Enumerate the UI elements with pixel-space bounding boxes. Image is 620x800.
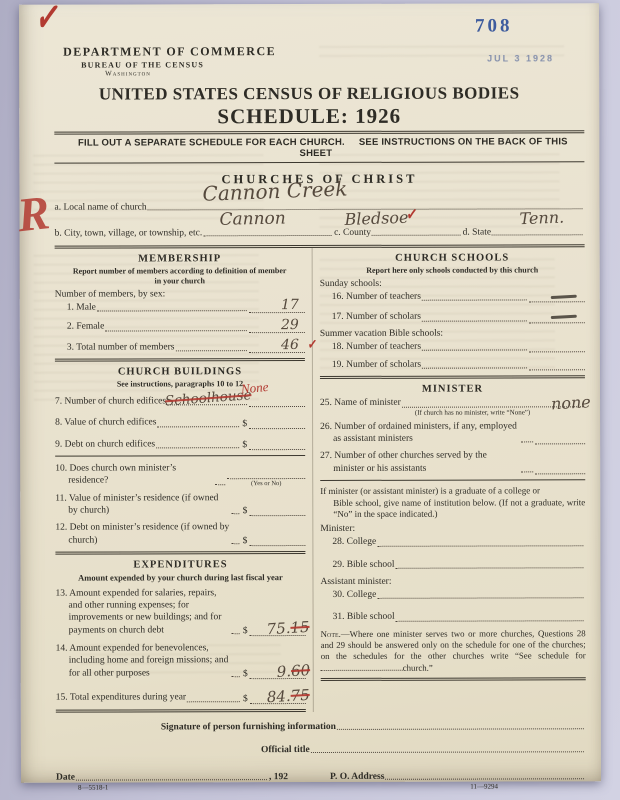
- handwritten-amount-14: 9.60: [276, 661, 310, 681]
- field-c-label: c. County: [334, 228, 371, 238]
- denomination-heading: CHURCHES OF CHRIST: [54, 171, 584, 187]
- q13-answer: 75.15: [250, 625, 306, 636]
- official-title-line: [311, 751, 584, 753]
- minister-heading: MINISTER: [320, 384, 585, 396]
- q27-answer: [535, 463, 585, 474]
- q18-answer: [529, 341, 585, 352]
- q26-label: 26. Number of ordained ministers, if any…: [320, 420, 520, 445]
- agency-bureau: BUREAU OF THE CENSUS: [81, 60, 276, 70]
- dotted-line: [231, 543, 239, 544]
- membership-intro: Number of members, by sex:: [55, 289, 305, 300]
- q15-answer: 84.75: [250, 693, 306, 704]
- church-buildings-heading: CHURCH BUILDINGS: [55, 366, 305, 378]
- question-25-minister-name: 25. Name of minister none: [320, 397, 585, 410]
- question-19-scholars: 19. Number of scholars: [320, 358, 585, 371]
- dotted-line: [203, 235, 332, 236]
- official-title-label: Official title: [261, 745, 310, 755]
- agency-block: DEPARTMENT OF COMMERCE BUREAU OF THE CEN…: [63, 44, 276, 78]
- pencil-dash-mark: [551, 294, 577, 298]
- question-9-debt: 9. Debt on church edifices $: [55, 438, 305, 451]
- q12-answer: [249, 535, 305, 546]
- question-27-other-churches: 27. Number of other churches served by t…: [320, 450, 585, 475]
- question-28-college: 28. College: [320, 535, 585, 548]
- question-10-residence: 10. Does church own minister’s residence…: [55, 462, 305, 487]
- q25-label: 25. Name of minister: [320, 397, 401, 410]
- dotted-line: [157, 426, 239, 427]
- pencil-dash-mark: [551, 315, 577, 319]
- dotted-line: [175, 350, 246, 351]
- q14-label: 14. Amount expended for benevolences, in…: [56, 642, 231, 679]
- dotted-line: [156, 447, 239, 448]
- dotted-line: [422, 368, 527, 369]
- form-code-left: 8—5518-1: [78, 783, 108, 791]
- yes-or-no-note: (Yes or No): [251, 480, 281, 487]
- question-8-value: 8. Value of church edifices $: [55, 416, 305, 429]
- left-column: MEMBERSHIP Report number of members acco…: [55, 248, 306, 712]
- divider-rule: [54, 161, 584, 163]
- dotted-line: [402, 406, 583, 407]
- dotted-line: [422, 320, 527, 321]
- scan-backdrop: { "colors": { "paper": "#eae3d1", "backd…: [0, 0, 620, 800]
- instruction-banner: FILL OUT A SEPARATE SCHEDULE FOR EACH CH…: [54, 133, 584, 162]
- received-date-stamp: JUL 3 1928: [487, 53, 554, 63]
- divider-rule: [321, 677, 586, 681]
- dotted-line: [395, 567, 583, 568]
- q1-answer: 17: [249, 302, 305, 313]
- question-11-residence-value: 11. Value of minister’s residence (if ow…: [55, 492, 305, 517]
- red-correction-none: None: [240, 379, 269, 397]
- q10-answer: [227, 468, 305, 479]
- q3-answer: 46 ✓: [249, 342, 305, 353]
- divider-rule: [56, 709, 306, 713]
- dotted-line: [422, 349, 527, 350]
- divider-rule: [55, 455, 305, 457]
- q16-label: 16. Number of teachers: [332, 291, 421, 304]
- q18-label: 18. Number of teachers: [332, 340, 421, 353]
- dotted-line: [422, 300, 527, 301]
- handwritten-female-count: 29: [281, 317, 299, 333]
- dollar-sign: $: [243, 694, 248, 704]
- handwritten-amount-13: 75.15: [266, 618, 310, 638]
- q11-label: 11. Value of minister’s residence (if ow…: [55, 492, 230, 517]
- document-number: 708: [475, 15, 513, 37]
- dotted-line: [377, 545, 583, 547]
- dollar-sign: $: [243, 626, 248, 636]
- field-d-label: d. State: [463, 228, 492, 238]
- q7-answer: [249, 396, 305, 407]
- q27-label: 27. Number of other churches served by t…: [320, 450, 520, 475]
- q19-label: 19. Number of scholars: [332, 359, 421, 372]
- q12-label: 12. Debt on minister’s residence (if own…: [55, 522, 230, 547]
- expenditures-subheading: Amount expended by your church during la…: [55, 572, 305, 583]
- date-suffix: , 192: [269, 772, 288, 782]
- official-title-row: Official title: [261, 744, 586, 755]
- signature-label: Signature of person furnishing informati…: [161, 721, 336, 731]
- dotted-line: [105, 330, 247, 331]
- signature-block: Signature of person furnishing informati…: [56, 721, 586, 791]
- question-26-ordained: 26. Number of ordained ministers, if any…: [320, 420, 585, 445]
- q11-answer: [249, 505, 305, 516]
- date-group: Date , 192: [56, 772, 288, 783]
- divider-rule: [55, 551, 305, 555]
- question-29-bible-school: 29. Bible school: [320, 558, 585, 571]
- question-7-edifices: 7. Number of church edifices Schoolhouse…: [55, 395, 305, 408]
- q8-label: 8. Value of church edifices: [55, 417, 156, 430]
- agency-department: DEPARTMENT OF COMMERCE: [63, 44, 276, 60]
- field-a-label: a. Local name of church: [55, 202, 147, 212]
- question-1-male: 1. Male 17: [55, 301, 305, 314]
- expenditures-heading: EXPENDITURES: [55, 559, 305, 571]
- signature-line: [337, 728, 584, 730]
- question-17-scholars: 17. Number of scholars: [320, 311, 585, 324]
- q2-answer: 29: [249, 322, 305, 333]
- question-2-female: 2. Female 29: [55, 320, 305, 333]
- dotted-line: [396, 620, 584, 621]
- field-local-church-name: a. Local name of church Cannon Creek: [54, 194, 584, 212]
- note-block: Note.—Where one minister serves two or m…: [321, 628, 586, 674]
- q15-label: 15. Total expenditures during year: [56, 691, 186, 704]
- red-checkmark-county: ✓: [406, 204, 418, 226]
- question-16-teachers: 16. Number of teachers: [320, 290, 585, 303]
- q16-answer: [529, 292, 585, 303]
- q17-answer: [529, 312, 585, 323]
- q8-answer: [249, 418, 305, 429]
- q2-label: 2. Female: [67, 321, 105, 333]
- form-codes-row: 8—5518-1 11—9294: [56, 782, 586, 791]
- form-subtitle: SCHEDULE: 1926: [19, 103, 599, 130]
- two-column-area: MEMBERSHIP Report number of members acco…: [55, 247, 586, 712]
- q13-label: 13. Amount expended for salaries, repair…: [56, 587, 231, 637]
- q3-label: 3. Total number of members: [67, 341, 175, 354]
- field-b-label: b. City, town, village, or township, etc…: [55, 228, 203, 238]
- dotted-line: [521, 472, 533, 473]
- dollar-sign: $: [243, 536, 248, 546]
- dotted-line: [521, 442, 533, 443]
- question-14-benevolences: 14. Amount expended for benevolences, in…: [56, 642, 306, 680]
- red-checkmark-top: ✓: [33, 0, 64, 44]
- q31-label: 31. Bible school: [333, 611, 395, 624]
- handwritten-schoolhouse-struck: Schoolhouse: [165, 387, 252, 409]
- q17-label: 17. Number of scholars: [332, 311, 421, 324]
- banner-part1: FILL OUT A SEPARATE SCHEDULE FOR EACH CH…: [78, 137, 345, 149]
- dollar-sign: $: [242, 419, 247, 429]
- dotted-line: [97, 311, 247, 312]
- question-15-total: 15. Total expenditures during year $ 84.…: [56, 691, 306, 704]
- question-3-total: 3. Total number of members 46 ✓: [55, 341, 305, 354]
- q7-label: 7. Number of church edifices: [55, 395, 166, 408]
- church-schools-heading: CHURCH SCHOOLS: [320, 252, 585, 264]
- dotted-line: [187, 701, 240, 702]
- signature-row: Signature of person furnishing informati…: [161, 721, 586, 732]
- date-address-row: Date , 192 P. O. Address: [56, 771, 586, 782]
- divider-rule: [320, 376, 585, 380]
- field-location-row: b. City, town, village, or township, etc…: [55, 220, 585, 238]
- assistant-group-label: Assistant minister:: [320, 576, 585, 587]
- dotted-line: [372, 235, 461, 236]
- po-address-label: P. O. Address: [330, 771, 384, 781]
- dotted-line: [148, 208, 583, 210]
- date-label: Date: [56, 772, 75, 782]
- q10-label: 10. Does church own minister’s residence…: [55, 462, 214, 487]
- q9-label: 9. Debt on church edifices: [55, 438, 155, 451]
- sunday-schools-label: Sunday schools:: [320, 278, 585, 289]
- q14-answer: 9.60: [250, 668, 306, 679]
- dotted-line: [321, 663, 403, 671]
- divider-rule: [55, 358, 305, 362]
- divider-rule: [320, 479, 585, 481]
- handwritten-total-count: 46: [281, 337, 299, 353]
- q1-label: 1. Male: [67, 302, 96, 314]
- form-page: ✓ DEPARTMENT OF COMMERCE BUREAU OF THE C…: [19, 3, 601, 783]
- q10-answer-area: (Yes or No): [227, 468, 305, 487]
- dotted-line: [492, 234, 583, 235]
- right-column: CHURCH SCHOOLS Report here only schools …: [320, 247, 586, 711]
- membership-heading: MEMBERSHIP: [55, 253, 305, 265]
- handwritten-male-count: 17: [281, 297, 299, 313]
- agency-city: Washington: [105, 69, 276, 77]
- dotted-line: [232, 676, 240, 677]
- handwritten-amount-15: 84.75: [266, 685, 310, 705]
- question-12-residence-debt: 12. Debt on minister’s residence (if own…: [55, 521, 305, 546]
- question-30-college: 30. College: [321, 588, 586, 601]
- dotted-line: [216, 484, 226, 485]
- red-margin-letter: R: [15, 185, 53, 243]
- education-intro: If minister (or assistant minister) is a…: [320, 485, 585, 521]
- dollar-sign: $: [242, 440, 247, 450]
- q26-answer: [535, 434, 585, 445]
- po-address-group: P. O. Address: [330, 771, 586, 782]
- q28-label: 28. College: [332, 536, 376, 548]
- church-schools-subheading: Report here only schools conducted by th…: [320, 265, 585, 276]
- red-checkmark-total: ✓: [307, 336, 317, 354]
- dotted-line: [232, 633, 240, 634]
- question-31-bible-school: 31. Bible school: [321, 610, 586, 623]
- dollar-sign: $: [243, 669, 248, 679]
- date-line: [76, 779, 267, 781]
- po-address-line: [385, 778, 584, 780]
- form-code-right: 11—9294: [470, 782, 498, 790]
- q9-answer: [249, 439, 305, 450]
- q29-label: 29. Bible school: [332, 558, 394, 571]
- dotted-line: [377, 597, 583, 599]
- summer-schools-label: Summer vacation Bible schools:: [320, 328, 585, 339]
- q30-label: 30. College: [333, 589, 377, 601]
- membership-subheading: Report number of members according to de…: [55, 266, 305, 287]
- question-13-running-expenses: 13. Amount expended for salaries, repair…: [56, 587, 306, 637]
- dotted-line: [167, 405, 247, 406]
- dollar-sign: $: [243, 507, 248, 517]
- form-body: FILL OUT A SEPARATE SCHEDULE FOR EACH CH…: [54, 130, 586, 791]
- minister-group-label: Minister:: [320, 523, 585, 534]
- form-title: UNITED STATES CENSUS OF RELIGIOUS BODIES: [19, 83, 599, 105]
- column-divider: [312, 248, 314, 712]
- question-18-teachers: 18. Number of teachers: [320, 340, 585, 353]
- q19-answer: [529, 360, 585, 371]
- dotted-line: [231, 514, 239, 515]
